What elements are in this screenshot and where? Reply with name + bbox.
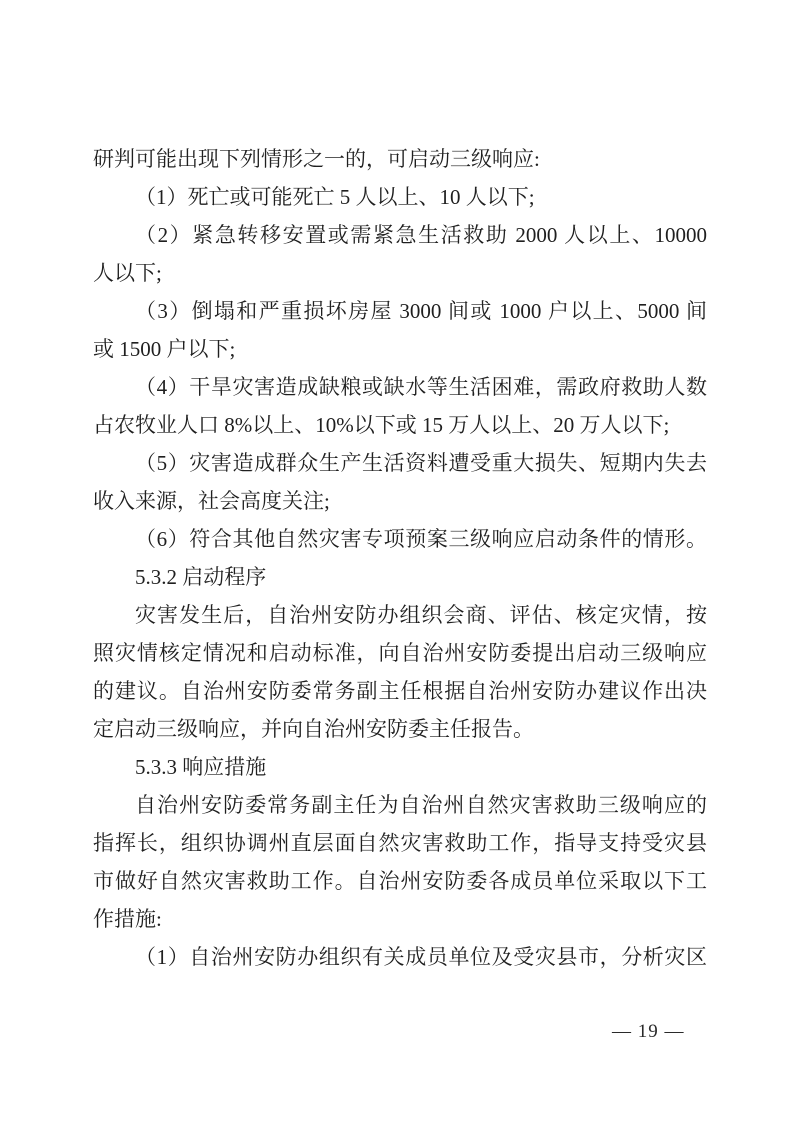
- doc-line: 照灾情核定情况和启动标准，向自治州安防委提出启动三级响应: [93, 634, 707, 672]
- section-heading-5-3-3: 5.3.3 响应措施: [93, 748, 707, 786]
- doc-line: （6）符合其他自然灾害专项预案三级响应启动条件的情形。: [93, 520, 707, 558]
- doc-line: （2）紧急转移安置或需紧急生活救助 2000 人以上、10000: [93, 216, 707, 254]
- doc-line: （4）干旱灾害造成缺粮或缺水等生活困难，需政府救助人数: [93, 368, 707, 406]
- doc-line: （5）灾害造成群众生产生活资料遭受重大损失、短期内失去: [93, 444, 707, 482]
- doc-line: 收入来源，社会高度关注;: [93, 482, 707, 520]
- doc-line: （3）倒塌和严重损坏房屋 3000 间或 1000 户以上、5000 间: [93, 292, 707, 330]
- doc-line: 研判可能出现下列情形之一的，可启动三级响应:: [93, 140, 707, 178]
- doc-line: 自治州安防委常务副主任为自治州自然灾害救助三级响应的: [93, 786, 707, 824]
- document-body: 研判可能出现下列情形之一的，可启动三级响应: （1）死亡或可能死亡 5 人以上、…: [93, 140, 707, 976]
- doc-line: 市做好自然灾害救助工作。自治州安防委各成员单位采取以下工: [93, 862, 707, 900]
- section-heading-5-3-2: 5.3.2 启动程序: [93, 558, 707, 596]
- document-page: 研判可能出现下列情形之一的，可启动三级响应: （1）死亡或可能死亡 5 人以上、…: [0, 0, 793, 1122]
- doc-line: 灾害发生后，自治州安防办组织会商、评估、核定灾情，按: [93, 596, 707, 634]
- doc-line: 定启动三级响应，并向自治州安防委主任报告。: [93, 710, 707, 748]
- doc-line: 或 1500 户以下;: [93, 330, 707, 368]
- page-number: — 19 —: [612, 1020, 685, 1044]
- doc-line: （1）死亡或可能死亡 5 人以上、10 人以下;: [93, 178, 707, 216]
- doc-line: 占农牧业人口 8%以上、10%以下或 15 万人以上、20 万人以下;: [93, 406, 707, 444]
- doc-line: 的建议。自治州安防委常务副主任根据自治州安防办建议作出决: [93, 672, 707, 710]
- doc-line: 人以下;: [93, 254, 707, 292]
- doc-line: 作措施:: [93, 900, 707, 938]
- doc-line: 指挥长，组织协调州直层面自然灾害救助工作，指导支持受灾县: [93, 824, 707, 862]
- doc-line: （1）自治州安防办组织有关成员单位及受灾县市，分析灾区: [93, 938, 707, 976]
